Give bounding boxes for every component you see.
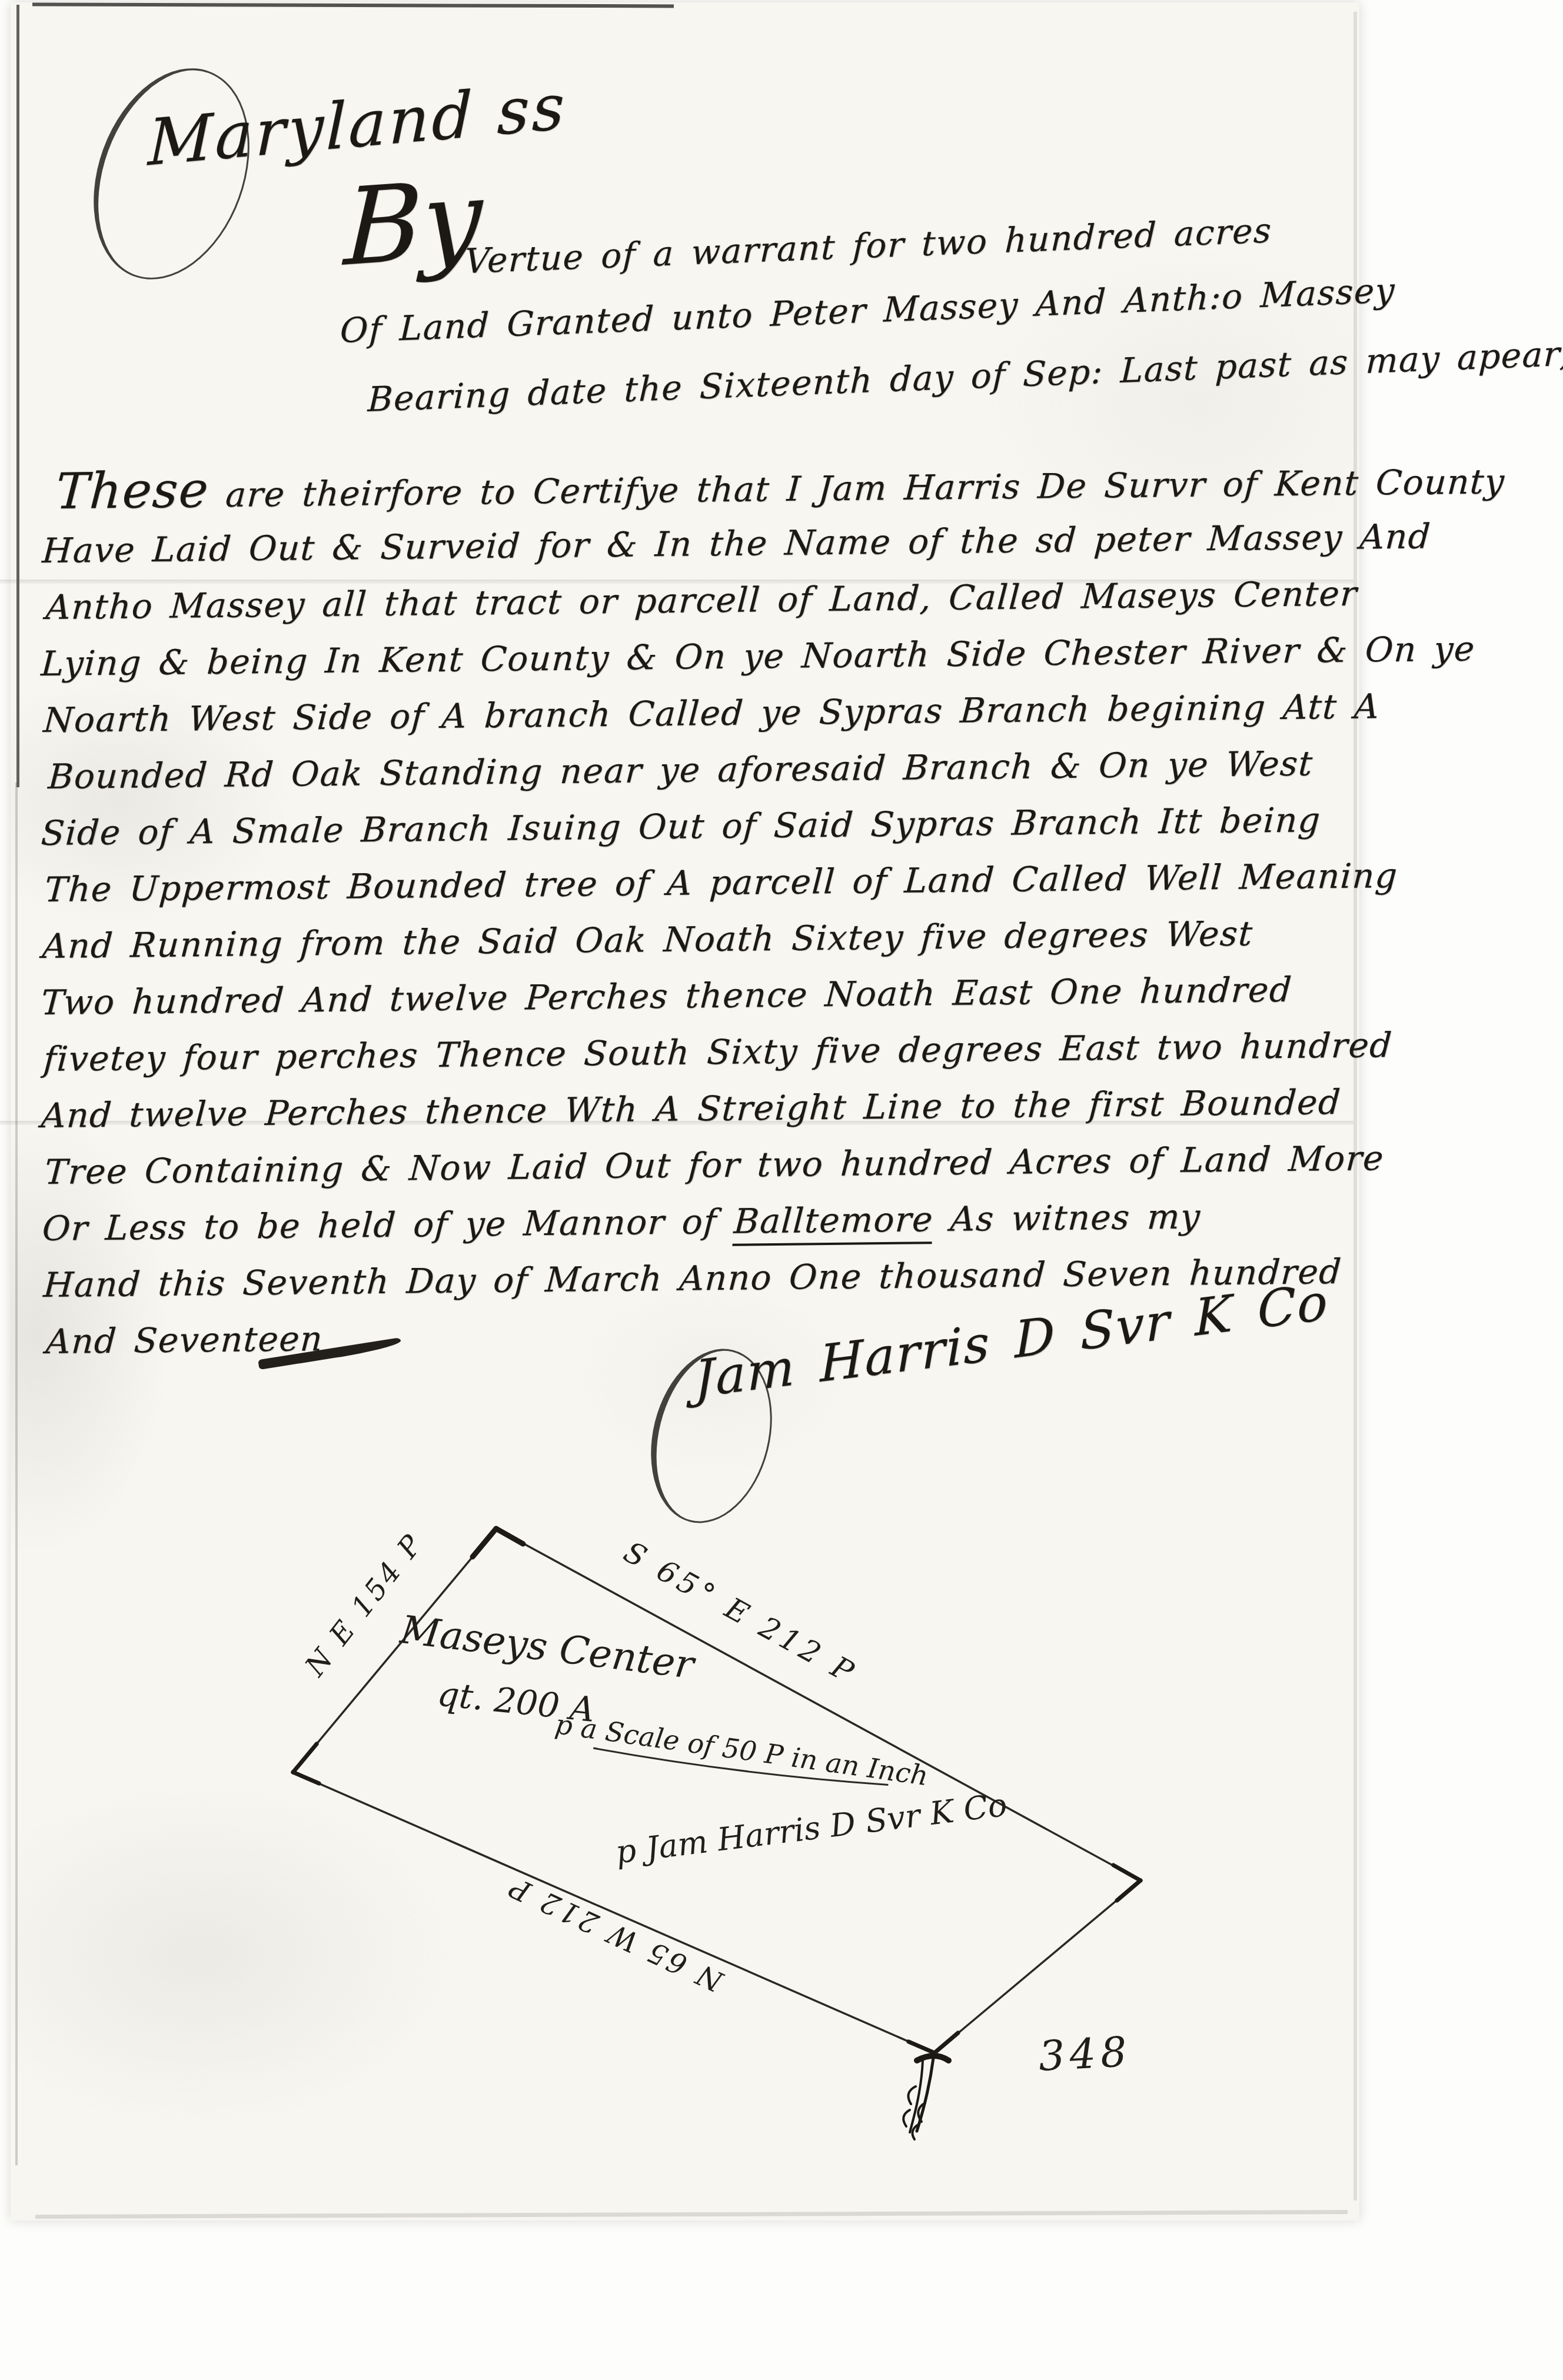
plat-scale-note-group: p a Scale of 50 P in an Inch (553, 1708, 930, 1797)
body-line-14-post: As witnes my (932, 1196, 1202, 1239)
paper-edge-left-lower (15, 783, 18, 2165)
body-line-14-pre: Or Less to be held of ye Mannor of (41, 1201, 735, 1249)
paper-edge-right (1354, 12, 1357, 2201)
plat-surveyor-note: p Jam Harris D Svr K Co (614, 1786, 1009, 1871)
body-line-14-underlined-word: Balltemore (733, 1199, 935, 1246)
preamble-initial-by: By (342, 157, 484, 289)
bounded-tree-icon (903, 2056, 949, 2139)
folio-number: 348 (1037, 2028, 1133, 2081)
scanned-document-page: Maryland ss By Vertue of a warrant for t… (0, 0, 1563, 2380)
plat-edge-label-southwest-reversed: N 65 W 212 P (502, 1869, 729, 1998)
body-line-1-text: are theirfore to Certifye that I Jam Har… (225, 461, 1507, 515)
plat-edge-label-northeast: N E 154 P (298, 1527, 430, 1683)
paper-edge-left (16, 5, 19, 787)
plat-scale-note: p a Scale of 50 P in an Inch (553, 1708, 930, 1792)
body-line-16: And Seventeen (45, 1319, 324, 1362)
body-initial-these: These (54, 461, 211, 520)
survey-plat-drawing: N E 154 P S 65° E 212 P N 65 W 212 P Mas… (177, 1442, 1354, 2236)
